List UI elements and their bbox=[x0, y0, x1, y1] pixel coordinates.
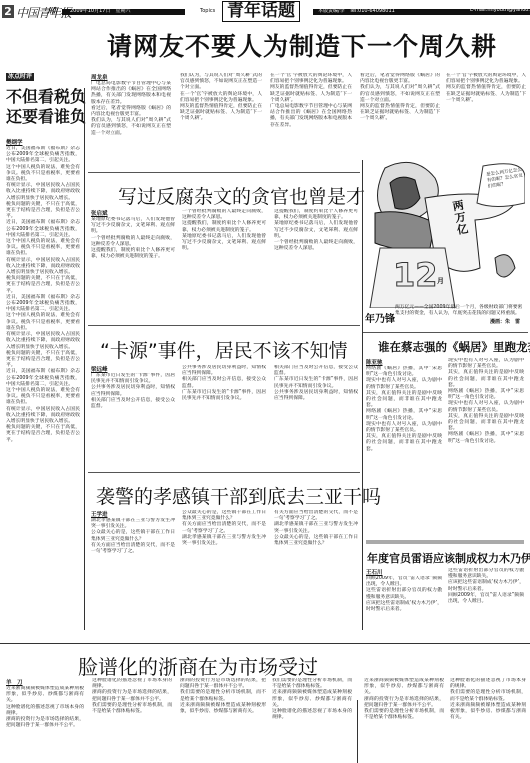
decorative-slashes: ///// bbox=[48, 6, 58, 15]
page-number: 2 bbox=[2, 5, 14, 18]
main-body-col3: 在一个‘官’字被放大的舆论环境中，人们容易把个别事例泛化为普遍现象。 网友的监督… bbox=[270, 73, 352, 166]
paragraph: 现实中也有人对号入座，认为剧中的情节影射了某些官员。 bbox=[448, 358, 524, 370]
paragraph: 公共事务涉及居民切身利益时，知情权应当得到保障。 bbox=[182, 365, 266, 377]
paragraph: 其实，真正值得关注的是剧中反映的社会问题，而非谁在其中跑龙套。 bbox=[448, 370, 524, 389]
article-2-col2: 一个曾经批判腐败的人最终走向腐败，这种反差令人深思。 这提醒我们，制度约束比个人… bbox=[182, 209, 266, 317]
paragraph: 广东某市近日发生的“卡源”事件，因居民事先并不知情而引发争议。 bbox=[91, 373, 175, 385]
paragraph: 近日，美国福布斯《福布斯》杂志公布2009年全球税负痛苦指数，中国大陆排名第二，… bbox=[6, 295, 80, 314]
paragraph: 这种脸谱化的描述忽视了市场本身的规律。 bbox=[450, 678, 526, 690]
article-2-col3: 这提醒我们，制度约束比个人修养更可靠，权力必须被关进制度的笼子。 某地原纪委书记… bbox=[274, 209, 358, 317]
article-7-col2: 这种脸谱化的描述忽视了市场本身的规律。 浙商的投资行为是市场选择的结果，把问题归… bbox=[92, 678, 172, 763]
section-divider bbox=[88, 172, 360, 173]
cartoon-credit: 漫画：朱 雷 bbox=[490, 318, 520, 325]
article-3-col2: 公共事务涉及居民切身利益时，知情权应当得到保障。 相关部门应当及时公开信息，接受… bbox=[182, 365, 266, 463]
article-2-byline: 张启斌 bbox=[91, 209, 108, 217]
article-7-headline: 脸谱化的浙商在为市场受过 bbox=[78, 651, 318, 680]
paragraph: 近日，美国福布斯《福布斯》杂志公布2009年全球税负痛苦指数，中国大陆排名第二，… bbox=[6, 220, 80, 239]
article-2-col1: 某地原纪委书记落马后，人们发现他曾写过不少反腐杂文，文笔犀利、观点鲜明。 一个曾… bbox=[91, 217, 175, 317]
paragraph: 一个曾经批判腐败的人最终走向腐败，这种反差令人深思。 bbox=[274, 240, 358, 252]
article-7-col1: 近来浙商频频被媒体塑造成某种刻板形象，似乎炒房、炒煤都与浙商有关。 这种脸谱化的… bbox=[6, 686, 84, 763]
paragraph: 这些雷语折射出部分官员的权力傲慢和服务意识缺失。 bbox=[366, 588, 442, 600]
paragraph: 我们需要的是理性分析市场机制，而不是给某个群体贴标签。 bbox=[272, 678, 352, 690]
paragraph: 网络剧《蜗居》热播，其中“宋思明”这一角色引发讨论。 bbox=[366, 366, 442, 378]
masthead: 2 中国青年报 ///// 2009年10月17日 星期六 Topics 青年话… bbox=[0, 0, 530, 24]
paragraph: 看过后，笔者觉得网络版《蜗居》的内容比电视台版更丰富。 bbox=[360, 73, 440, 85]
paragraph: 应该把这些雷语制成‘权力木乃伊’，时时警示后来者。 bbox=[366, 601, 442, 613]
paragraph: 近来浙商频频被媒体塑造成某种刻板形象，似乎炒房、炒煤都与浙商有关。 bbox=[272, 690, 352, 709]
article-5-col1: 网络剧《蜗居》热播，其中“宋思明”这一角色引发讨论。 现实中也有人对号入座，认为… bbox=[366, 366, 442, 536]
column-divider bbox=[362, 160, 363, 630]
paragraph: 相关部门应当及时公开信息，接受公众监督。 bbox=[91, 398, 175, 410]
paragraph: 我们认为，与其说人们对“周久耕”式的官员感到愤怒，不如说网友正在塑造一个对立面。 bbox=[180, 73, 262, 92]
article-3-col1: 广东某市近日发生的“卡源”事件，因居民事先并不知情而引发争议。 公共事务涉及居民… bbox=[91, 373, 175, 463]
article-5-col2: 现实中也有人对号入座，认为剧中的情节影射了某些官员。 其实，真正值得关注的是剧中… bbox=[448, 358, 524, 536]
column-divider bbox=[84, 88, 85, 630]
main-body-col2: 我们认为，与其说人们对“周久耕”式的官员感到愤怒，不如说网友正在塑造一个对立面。… bbox=[180, 73, 262, 166]
paragraph: 浙商的投资行为是市场选择的结果，把问题归咎于某一群体并不公平。 bbox=[180, 678, 266, 690]
section-divider bbox=[363, 332, 528, 333]
paragraph: 近来浙商频频被媒体塑造成某种刻板形象，似乎炒房、炒煤都与浙商有关。 bbox=[364, 678, 444, 697]
article-4-col3: 有关方面应当给出清楚的交代，而不是一句‘考察学习’了之。 湖北孝感某镇干部在三亚… bbox=[274, 510, 358, 628]
sidebar-kicker: 冰点时评 bbox=[6, 73, 34, 81]
article-4-byline: 王学进 bbox=[91, 510, 108, 518]
column-divider bbox=[357, 700, 358, 763]
paragraph: 这些雷语折射出部分官员的权力傲慢和服务意识缺失。 bbox=[448, 568, 524, 580]
article-3-col3: 相关部门应当及时公开信息，接受公众监督。 广东某市近日发生的“卡源”事件，因居民… bbox=[274, 365, 358, 463]
paragraph: 广电总局电影数字节目管理中心与某网站合作推出的《蜗居》在全国网络热播，有关部门发… bbox=[91, 81, 171, 106]
main-headline: 请网友不要人为制造下一个周久耕 bbox=[82, 27, 522, 63]
article-7-col4: 我们需要的是理性分析市场机制，而不是给某个群体贴标签。 近来浙商频频被媒体塑造成… bbox=[272, 678, 352, 763]
paragraph: 某地原纪委书记落马后，人们发现他曾写过不少反腐杂文，文笔犀利、观点鲜明。 bbox=[182, 234, 266, 253]
paragraph: 相关部门应当及时公开信息，接受公众监督。 bbox=[182, 377, 266, 389]
paragraph: 近来浙商频频被媒体塑造成某种刻板形象，似乎炒房、炒煤都与浙商有关。 bbox=[180, 703, 266, 715]
paragraph: 应该把这些雷语制成‘权力木乃伊’，时时警示后来者。 bbox=[448, 580, 524, 592]
editor-email: E-mail:hnyouth@yahoo.com.cn bbox=[470, 7, 530, 13]
paragraph: 其实，真正值得关注的是剧中反映的社会问题，而非谁在其中跑龙套。 bbox=[448, 414, 524, 433]
paragraph: 税负问题的关键，不只在于高低，更在于结构是否合理，负担是否公平。 bbox=[6, 425, 80, 444]
paragraph: 其实，真正值得关注的是剧中反映的社会问题，而非谁在其中跑龙套。 bbox=[366, 434, 442, 453]
paragraph: 湖北孝感某镇干部在三亚与警方发生冲突一事引发关注。 bbox=[274, 522, 358, 534]
paragraph: 这种脸谱化的描述忽视了市场本身的规律。 bbox=[6, 705, 84, 717]
paragraph: 某地原纪委书记落马后，人们发现他曾写过不少反腐杂文，文笔犀利、观点鲜明。 bbox=[91, 217, 175, 236]
paragraph: 这个中国人税负的说法，难免会有争议。税负不只是看税率，更要看谁在负担。 bbox=[6, 165, 80, 184]
article-5-byline: 陈亚驰 bbox=[366, 358, 383, 366]
paragraph: 回顾2009年，官员“雷人语录”频频出现，令人瞠目。 bbox=[366, 576, 442, 588]
section-divider bbox=[88, 472, 360, 473]
topics-label: Topics bbox=[200, 8, 215, 14]
sidebar-body: 近日，美国福布斯《福布斯》杂志公布2009年全球税负痛苦指数，中国大陆排名第二，… bbox=[6, 146, 80, 626]
sidebar-title: 不但看税负 还要看谁负 bbox=[6, 87, 86, 127]
paragraph: 我们需要的是理性分析市场机制，而不是给某个群体贴标签。 bbox=[364, 709, 444, 721]
paragraph: 我们需要的是理性分析市场机制，而不是给某个群体贴标签。 bbox=[450, 690, 526, 702]
article-4-col2: 公众最关心的是，这些镇干部在工作日集体到三亚究竟做什么？ 有关方面应当给出清楚的… bbox=[182, 510, 266, 628]
paragraph: 有统计显示，中国居民收入占国民收入比重持续下降，而政府财政收入增长明显快于居民收… bbox=[6, 407, 80, 426]
paragraph: 网络剧《蜗居》热播，其中“宋思明”这一角色引发讨论。 bbox=[448, 432, 524, 444]
calendar-unit: 月 bbox=[437, 276, 444, 286]
paragraph: 在一个‘官’字被放大的舆论环境中，人们容易把个别事例泛化为普遍现象。 bbox=[446, 73, 526, 85]
paragraph: 网络剧《蜗居》热播，其中“宋思明”这一角色引发讨论。 bbox=[448, 389, 524, 401]
article-4-col1: 湖北孝感某镇干部在三亚与警方发生冲突一事引发关注。 公众最关心的是，这些镇干部在… bbox=[91, 518, 175, 628]
article-5-headline: 谁在蔡志强的《蜗居》里跑龙套 bbox=[378, 339, 530, 355]
paragraph: 现实中也有人对号入座，认为剧中的情节影射了某些官员。 bbox=[448, 401, 524, 413]
cartoon-author: 年乃锋 bbox=[365, 310, 395, 325]
paragraph: 看过后，笔者觉得网络版《蜗居》的内容比电视台版更丰富。 bbox=[91, 106, 171, 118]
paragraph: 网友的监督热情值得肯定，但要防止在缺乏证据时就贴标签、人为制造‘下一个周久耕’。 bbox=[446, 85, 526, 104]
paragraph: 税负问题的关键，不只在于高低，更在于结构是否合理，负担是否公平。 bbox=[6, 351, 80, 370]
paragraph: 某地原纪委书记落马后，人们发现他曾写过不少反腐杂文，文笔犀利、观点鲜明。 bbox=[274, 221, 358, 240]
paragraph: 近日，美国福布斯《福布斯》杂志公布2009年全球税负痛苦指数，中国大陆排名第二，… bbox=[6, 146, 80, 165]
paragraph: 相关部门应当及时公开信息，接受公众监督。 bbox=[274, 365, 358, 377]
paragraph: 我们需要的是理性分析市场机制，而不是给某个群体贴标签。 bbox=[180, 690, 266, 702]
paragraph: 网友的监督热情值得肯定，但要防止在缺乏证据时就贴标签、人为制造‘下一个周久耕’。 bbox=[360, 104, 440, 123]
paragraph: 现实中也有人对号入座，认为剧中的情节影射了某些官员。 bbox=[366, 422, 442, 434]
paragraph: 这个中国人税负的说法，难免会有争议。税负不只是看税率，更要看谁在负担。 bbox=[6, 313, 80, 332]
paragraph: 公众最关心的是，这些镇干部在工作日集体到三亚究竟做什么？ bbox=[274, 535, 358, 547]
paragraph: 广电总局电影数字节目管理中心与某网站合作推出的《蜗居》在全国网络热播，有关部门发… bbox=[270, 104, 352, 129]
paragraph: 这种脸谱化的描述忽视了市场本身的规律。 bbox=[92, 678, 172, 690]
article-6-headline: 年度官员雷语应该制成权力木乃伊 bbox=[367, 550, 530, 566]
paragraph: 公共事务涉及居民切身利益时，知情权应当得到保障。 bbox=[91, 385, 175, 397]
decorative-grey-bar bbox=[366, 540, 524, 544]
paragraph: 网友的监督热情值得肯定，但要防止在缺乏证据时就贴标签、人为制造‘下一个周久耕’。 bbox=[270, 85, 352, 104]
paragraph: 近来浙商频频被媒体塑造成某种刻板形象，似乎炒房、炒煤都与浙商有关。 bbox=[450, 703, 526, 722]
editorial-cartoon: 是怎么两万亿怎么有的呢？怎么官员们的呢？ 两万亿 12 月 bbox=[365, 158, 525, 308]
main-byline: 周龙泉 bbox=[91, 73, 108, 81]
paragraph: 广东某市近日发生的“卡源”事件，因居民事先并不知情而引发争议。 bbox=[274, 377, 358, 389]
article-2-headline: 写过反腐杂文的贪官也曾是才俊 bbox=[118, 182, 384, 209]
article-7-col3: 浙商的投资行为是市场选择的结果，把问题归咎于某一群体并不公平。 我们需要的是理性… bbox=[180, 678, 266, 763]
paragraph: 浙商的投资行为是市场选择的结果，把问题归咎于某一群体并不公平。 bbox=[364, 697, 444, 709]
paragraph: 浙商的投资行为是市场选择的结果，把问题归咎于某一群体并不公平。 bbox=[92, 690, 172, 702]
paragraph: 这提醒我们，制度约束比个人修养更可靠，权力必须被关进制度的笼子。 bbox=[274, 209, 358, 221]
article-6-col1: 回顾2009年，官员“雷人语录”频频出现，令人瞠目。 这些雷语折射出部分官员的权… bbox=[366, 576, 442, 630]
paragraph: 在一个‘官’字被放大的舆论环境中，人们容易把个别事例泛化为普遍现象。 bbox=[270, 73, 352, 85]
paragraph: 这提醒我们，制度约束比个人修养更可靠，权力必须被关进制度的笼子。 bbox=[182, 221, 266, 233]
paragraph: 税负问题的关键，不只在于高低，更在于结构是否合理，负担是否公平。 bbox=[6, 276, 80, 295]
article-7-byline: 羊 刀 bbox=[6, 678, 23, 686]
sidebar-byline: 樊纲学 bbox=[6, 138, 23, 146]
sidebar-title-line1: 不但看税负 bbox=[6, 87, 86, 107]
paragraph: 湖北孝感某镇干部在三亚与警方发生冲突一事引发关注。 bbox=[182, 535, 266, 547]
article-3-headline: “卡源”事件，居民不该不知情 bbox=[100, 336, 348, 363]
paragraph: 有关方面应当给出清楚的交代，而不是一句‘考察学习’了之。 bbox=[182, 522, 266, 534]
paragraph: 我们需要的是理性分析市场机制，而不是给某个群体贴标签。 bbox=[92, 703, 172, 715]
paragraph: 这个中国人税负的说法，难免会有争议。税负不只是看税率，更要看谁在负担。 bbox=[6, 388, 80, 407]
calendar-number: 12 bbox=[393, 256, 438, 294]
article-6-col2: 这些雷语折射出部分官员的权力傲慢和服务意识缺失。 应该把这些雷语制成‘权力木乃伊… bbox=[448, 568, 524, 630]
paragraph: 我们认为，与其说人们对“周久耕”式的官员感到愤怒，不如说网友正在塑造一个对立面。 bbox=[360, 85, 440, 104]
sidebar-title-line2: 还要看谁负 bbox=[6, 107, 86, 127]
paragraph: 近来浙商频频被媒体塑造成某种刻板形象，似乎炒房、炒煤都与浙商有关。 bbox=[6, 686, 84, 705]
article-4-headline: 袭警的孝感镇干部到底去三亚干吗 bbox=[96, 482, 381, 509]
cartoon-caption: 两万亿元——全国2009年最后一个月，各级财政部门将要密集支付的资金，有人认为，… bbox=[395, 305, 523, 317]
paragraph: 现实中也有人对号入座，认为剧中的情节影射了某些官员。 bbox=[366, 378, 442, 390]
paragraph: 其实，真正值得关注的是剧中反映的社会问题，而非谁在其中跑龙套。 bbox=[366, 391, 442, 410]
bottom-section-divider bbox=[0, 643, 530, 644]
paragraph: 回顾2009年，官员“雷人语录”频频出现，令人瞠目。 bbox=[448, 593, 524, 605]
paragraph: 近日，美国福布斯《福布斯》杂志公布2009年全球税负痛苦指数，中国大陆排名第二，… bbox=[6, 369, 80, 388]
paragraph: 有统计显示，中国居民收入占国民收入比重持续下降，而政府财政收入增长明显快于居民收… bbox=[6, 332, 80, 351]
main-body-col1: 广电总局电影数字节目管理中心与某网站合作推出的《蜗居》在全国网络热播，有关部门发… bbox=[91, 81, 171, 166]
paragraph: 在一个‘官’字被放大的舆论环境中，人们容易把个别事例泛化为普遍现象。 bbox=[180, 92, 262, 104]
paragraph: 一个曾经批判腐败的人最终走向腐败，这种反差令人深思。 bbox=[91, 236, 175, 248]
paragraph: 一个曾经批判腐败的人最终走向腐败，这种反差令人深思。 bbox=[182, 209, 266, 221]
main-body-col4: 看过后，笔者觉得网络版《蜗居》的内容比电视台版更丰富。 我们认为，与其说人们对“… bbox=[360, 73, 440, 158]
paragraph: 有统计显示，中国居民收入占国民收入比重持续下降，而政府财政收入增长明显快于居民收… bbox=[6, 258, 80, 277]
paragraph: 公众最关心的是，这些镇干部在工作日集体到三亚究竟做什么？ bbox=[182, 510, 266, 522]
paragraph: 广东某市近日发生的“卡源”事件，因居民事先并不知情而引发争议。 bbox=[182, 390, 266, 402]
article-3-byline: 梁远峰 bbox=[91, 365, 108, 373]
paragraph: 我们认为，与其说人们对“周久耕”式的官员感到愤怒，不如说网友正在塑造一个对立面。 bbox=[91, 118, 171, 137]
paragraph: 公共事务涉及居民切身利益时，知情权应当得到保障。 bbox=[274, 390, 358, 402]
paragraph: 有关方面应当给出清楚的交代，而不是一句‘考察学习’了之。 bbox=[274, 510, 358, 522]
paragraph: 有关方面应当给出清楚的交代，而不是一句‘考察学习’了之。 bbox=[91, 543, 175, 555]
paragraph: 浙商的投资行为是市场选择的结果，把问题归咎于某一群体并不公平。 bbox=[6, 717, 84, 729]
section-title: 青年话题 bbox=[222, 1, 300, 22]
editor-contact: 本版责编/李 Tel:010-64098011 bbox=[318, 7, 395, 14]
paragraph: 税负问题的关键，不只在于高低，更在于结构是否合理，负担是否公平。 bbox=[6, 202, 80, 221]
paragraph: 这种脸谱化的描述忽视了市场本身的规律。 bbox=[272, 709, 352, 721]
article-7-col5: 近来浙商频频被媒体塑造成某种刻板形象，似乎炒房、炒煤都与浙商有关。 浙商的投资行… bbox=[364, 678, 444, 763]
issue-date: 2009年10月17日 星期六 bbox=[70, 7, 130, 14]
paragraph: 有统计显示，中国居民收入占国民收入比重持续下降，而政府财政收入增长明显快于居民收… bbox=[6, 183, 80, 202]
paragraph: 这个中国人税负的说法，难免会有争议。税负不只是看税率，更要看谁在负担。 bbox=[6, 239, 80, 258]
section-divider bbox=[88, 325, 360, 326]
main-body-col5: 在一个‘官’字被放大的舆论环境中，人们容易把个别事例泛化为普遍现象。 网友的监督… bbox=[446, 73, 526, 158]
article-7-col6: 这种脸谱化的描述忽视了市场本身的规律。 我们需要的是理性分析市场机制，而不是给某… bbox=[450, 678, 526, 763]
article-6-byline: 王石川 bbox=[366, 568, 383, 576]
paragraph: 网络剧《蜗居》热播，其中“宋思明”这一角色引发讨论。 bbox=[366, 409, 442, 421]
paragraph: 网友的监督热情值得肯定，但要防止在缺乏证据时就贴标签、人为制造‘下一个周久耕’。 bbox=[180, 104, 262, 123]
paragraph: 公众最关心的是，这些镇干部在工作日集体到三亚究竟做什么？ bbox=[91, 530, 175, 542]
paragraph: 湖北孝感某镇干部在三亚与警方发生冲突一事引发关注。 bbox=[91, 518, 175, 530]
paragraph: 这提醒我们，制度约束比个人修养更可靠，权力必须被关进制度的笼子。 bbox=[91, 248, 175, 260]
